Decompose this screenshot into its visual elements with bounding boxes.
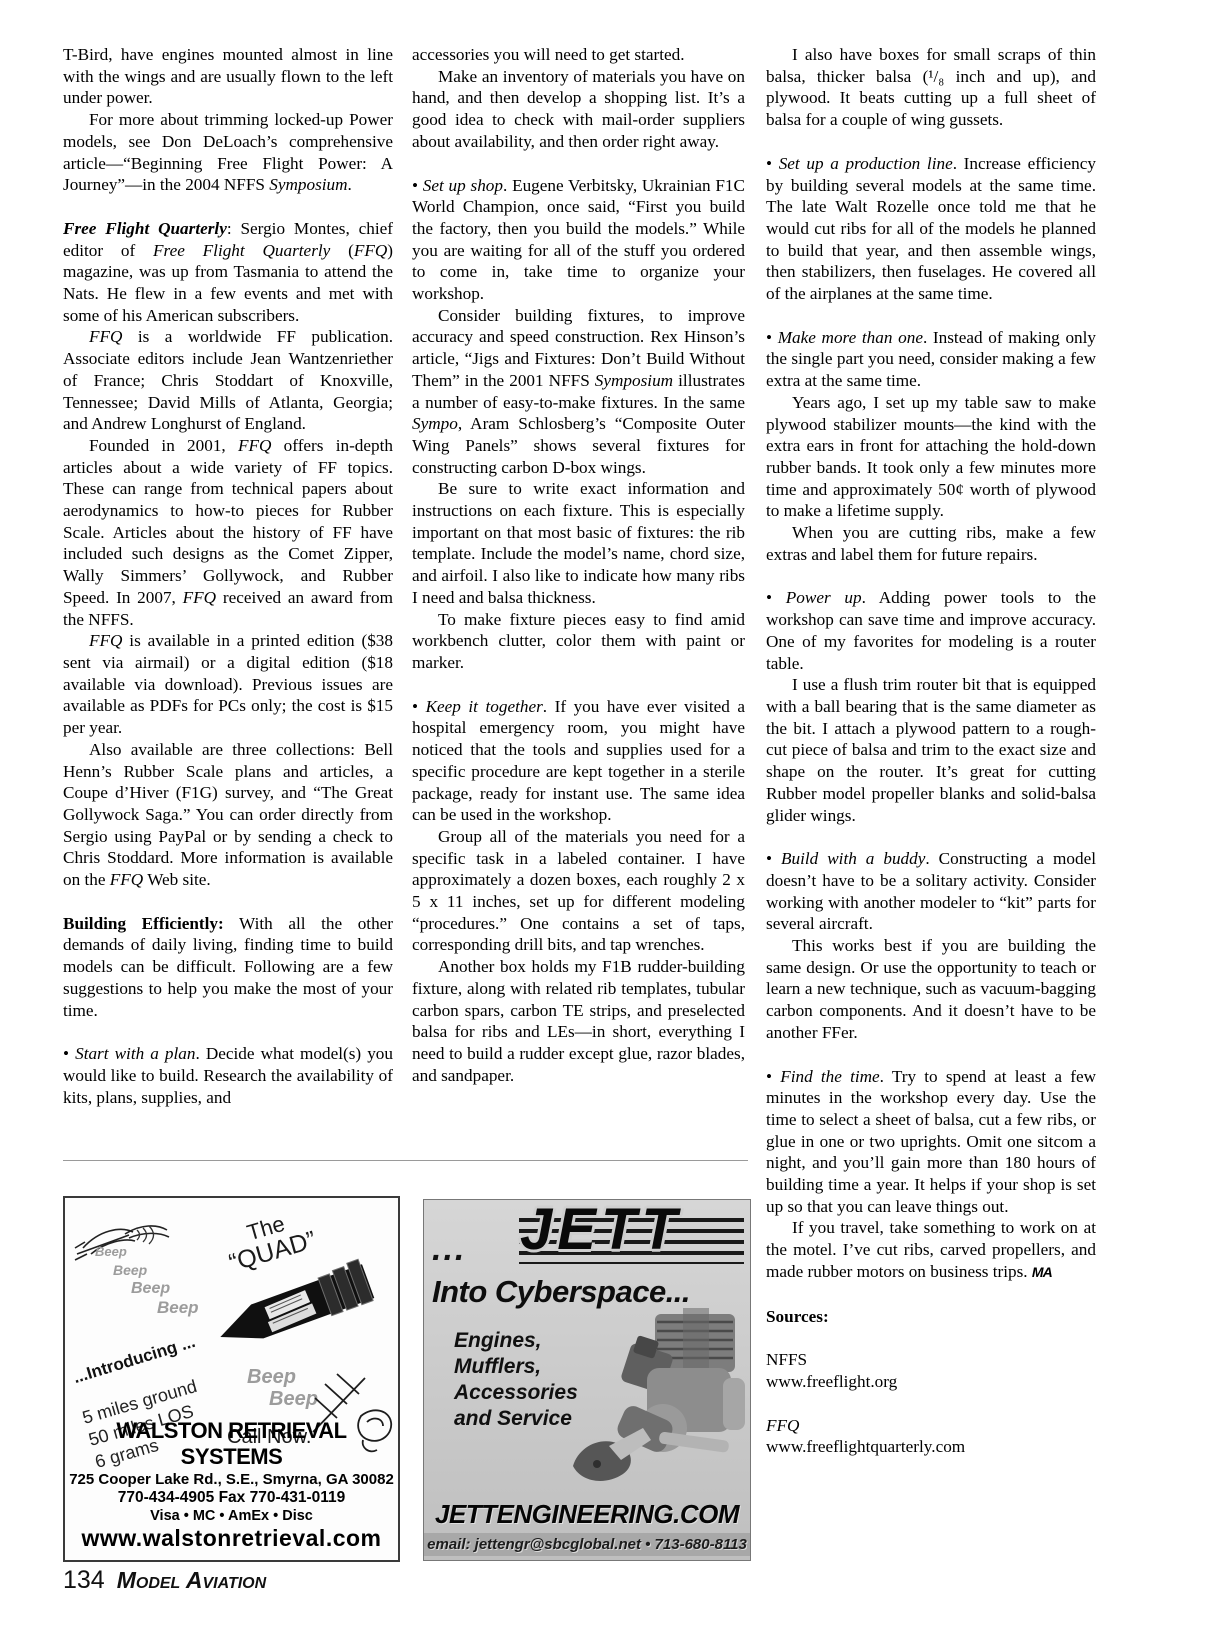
jett-logo-dots: ...	[432, 1230, 466, 1269]
text-run: I use a flush trim router bit that is eq…	[766, 675, 1096, 824]
paragraph: Free Flight Quarterly: Sergio Montes, ch…	[63, 218, 393, 327]
page-footer: 134 Model Aviation	[63, 1566, 266, 1595]
beep-text: Beep	[113, 1262, 147, 1278]
text-run: Another box holds my F1B rudder-building…	[412, 957, 745, 1085]
text-run: FFQ	[766, 1416, 799, 1435]
paragraph-gap	[766, 1284, 1096, 1306]
paragraph: Years ago, I set up my table saw to make…	[766, 392, 1096, 522]
text-run: Free Flight Quarterly	[153, 241, 330, 260]
beep-text: Beep	[247, 1366, 296, 1389]
jett-website-link[interactable]: JETTENGINEERING.COM	[424, 1499, 750, 1530]
paragraph-gap	[412, 153, 745, 175]
article-column-1: T-Bird, have engines mounted almost in l…	[63, 44, 393, 1108]
jett-logo: JETT	[520, 1199, 682, 1263]
text-run: T-Bird, have engines mounted almost in l…	[63, 45, 393, 107]
paragraph: Group all of the materials you need for …	[412, 826, 745, 956]
text-run: Free Flight Quarterly	[63, 219, 227, 238]
text-run: FFQ	[89, 631, 122, 650]
paragraph: Consider building fixtures, to improve a…	[412, 305, 745, 479]
text-run: www.freeflightquarterly.com	[766, 1437, 965, 1456]
beep-text: Beep	[131, 1280, 170, 1298]
walston-website-link[interactable]: www.walstonretrieval.com	[65, 1525, 398, 1552]
magazine-title-logo: Model Aviation	[117, 1567, 266, 1594]
text-run: Sources:	[766, 1307, 829, 1326]
paragraph: • Find the time. Try to spend at least a…	[766, 1066, 1096, 1218]
paragraph-gap	[766, 1044, 1096, 1066]
text-run: Find the time	[780, 1067, 879, 1086]
text-run: Founded in 2001,	[89, 436, 238, 455]
walston-payment-methods: Visa • MC • AmEx • Disc	[65, 1508, 398, 1524]
text-run: Set up a production line	[779, 154, 953, 173]
text-run: , Aram Schlosberg’s “Composite Outer Win…	[412, 414, 745, 476]
text-run: Web site.	[143, 870, 211, 889]
text-run: •	[412, 176, 423, 195]
paragraph-gap	[766, 826, 1096, 848]
text-run: Symposium	[269, 175, 347, 194]
paragraph-gap	[63, 1021, 393, 1043]
paragraph-gap	[766, 131, 1096, 153]
paragraph-gap	[63, 196, 393, 218]
text-run: Symposium	[595, 371, 673, 390]
text-run: .	[348, 175, 352, 194]
paragraph: Founded in 2001, FFQ offers in-depth art…	[63, 435, 393, 630]
text-run: MA	[1032, 1264, 1052, 1280]
magazine-page: T-Bird, have engines mounted almost in l…	[0, 0, 1205, 1632]
text-run: . Try to spend at least a few minutes in…	[766, 1067, 1096, 1216]
text-run: Power up	[786, 588, 862, 607]
ad-separator-rule	[63, 1160, 748, 1161]
paragraph: If you travel, take something to work on…	[766, 1217, 1096, 1283]
text-run: This works best if you are building the …	[766, 936, 1096, 1042]
jett-services-list: Engines, Mufflers, Accessories and Servi…	[454, 1328, 578, 1432]
walston-contact-block: WALSTON RETRIEVAL SYSTEMS 725 Cooper Lak…	[65, 1418, 398, 1552]
text-run: Start with a plan	[75, 1044, 195, 1063]
jett-tagline: Into Cyberspace...	[432, 1274, 690, 1310]
text-run: . Increase efficiency by building severa…	[766, 154, 1096, 303]
text-run: •	[766, 849, 781, 868]
paragraph: www.freeflight.org	[766, 1371, 1096, 1393]
paragraph: • Keep it together. If you have ever vis…	[412, 696, 745, 826]
page-number: 134	[63, 1566, 105, 1595]
text-run: accessories you will need to get started…	[412, 45, 685, 64]
text-run: To make fixture pieces easy to find amid…	[412, 610, 745, 672]
paragraph-gap	[412, 674, 745, 696]
jett-logo-row: ... JETT	[424, 1204, 750, 1276]
text-run: Build with a buddy	[781, 849, 925, 868]
jett-ad: ... JETT Into Cyberspace... Engines, Muf…	[423, 1199, 751, 1561]
text-run: Keep it together	[426, 697, 543, 716]
text-run: FFQ	[238, 436, 271, 455]
paragraph: For more about trimming locked-up Power …	[63, 109, 393, 196]
paragraph: Make an inventory of materials you have …	[412, 66, 745, 153]
paragraph: • Make more than one. Instead of making …	[766, 327, 1096, 392]
text-run: •	[766, 588, 786, 607]
paragraph: • Set up a production line. Increase eff…	[766, 153, 1096, 305]
article-column-3: I also have boxes for small scraps of th…	[766, 44, 1096, 1458]
paragraph: Also available are three collections: Be…	[63, 739, 393, 891]
text-run: Make an inventory of materials you have …	[412, 67, 745, 151]
text-run: Make more than one	[778, 328, 923, 347]
paragraph: FFQ is a worldwide FF publication. Assoc…	[63, 326, 393, 435]
text-run: •	[766, 1067, 780, 1086]
paragraph: To make fixture pieces easy to find amid…	[412, 609, 745, 674]
walston-company-name: WALSTON RETRIEVAL SYSTEMS	[65, 1418, 398, 1470]
paragraph: FFQ	[766, 1415, 1096, 1437]
paragraph: This works best if you are building the …	[766, 935, 1096, 1044]
transmitter-illustration	[193, 1236, 400, 1356]
paragraph: NFFS	[766, 1349, 1096, 1371]
text-run: FFQ	[89, 327, 122, 346]
text-run: FFQ	[183, 588, 216, 607]
paragraph-gap	[766, 1327, 1096, 1349]
text-run: Sympo	[412, 414, 458, 433]
paragraph: Another box holds my F1B rudder-building…	[412, 956, 745, 1086]
text-run: FFQ	[110, 870, 143, 889]
text-run: Set up shop	[423, 176, 503, 195]
text-run: www.freeflight.org	[766, 1372, 897, 1391]
walston-phone: 770-434-4905 Fax 770-431-0119	[65, 1489, 398, 1507]
paragraph-gap	[63, 891, 393, 913]
text-run: (	[330, 241, 354, 260]
beep-text: Beep	[95, 1244, 127, 1259]
paragraph: I use a flush trim router bit that is eq…	[766, 674, 1096, 826]
text-run: Also available are three collections: Be…	[63, 740, 393, 889]
paragraph-gap	[766, 305, 1096, 327]
jett-contact-info: email: jettengr@sbcglobal.net • 713-680-…	[424, 1533, 750, 1556]
text-run: Be sure to write exact information and i…	[412, 479, 745, 607]
paragraph: Be sure to write exact information and i…	[412, 478, 745, 608]
text-run: •	[766, 154, 779, 173]
paragraph: • Set up shop. Eugene Verbitsky, Ukraini…	[412, 175, 745, 305]
walston-ad: Beep Beep Beep Beep The “QUAD” ...Introd…	[63, 1196, 400, 1562]
text-run: I also have boxes for small scraps of th…	[766, 45, 1096, 129]
text-run: •	[63, 1044, 75, 1063]
text-run: Building Efficiently:	[63, 914, 224, 933]
text-run: Group all of the materials you need for …	[412, 827, 745, 955]
paragraph: FFQ is available in a printed edition ($…	[63, 630, 393, 739]
paragraph: accessories you will need to get started…	[412, 44, 745, 66]
text-run: Years ago, I set up my table saw to make…	[766, 393, 1096, 521]
paragraph: Sources:	[766, 1306, 1096, 1328]
walston-address: 725 Cooper Lake Rd., S.E., Smyrna, GA 30…	[65, 1471, 398, 1488]
paragraph: www.freeflightquarterly.com	[766, 1436, 1096, 1458]
paragraph: • Power up. Adding power tools to the wo…	[766, 587, 1096, 674]
paragraph-gap	[766, 1393, 1096, 1415]
paragraph-gap	[766, 565, 1096, 587]
model-engine-photo	[563, 1308, 748, 1493]
paragraph: T-Bird, have engines mounted almost in l…	[63, 44, 393, 109]
text-run: FFQ	[354, 241, 387, 260]
text-run: When you are cutting ribs, make a few ex…	[766, 523, 1096, 564]
paragraph: Building Efficiently: With all the other…	[63, 913, 393, 1022]
text-run: •	[412, 697, 426, 716]
article-column-2: accessories you will need to get started…	[412, 44, 745, 1086]
text-run: •	[766, 328, 778, 347]
paragraph: • Build with a buddy. Constructing a mod…	[766, 848, 1096, 935]
text-run: NFFS	[766, 1350, 807, 1369]
paragraph: I also have boxes for small scraps of th…	[766, 44, 1096, 131]
paragraph: When you are cutting ribs, make a few ex…	[766, 522, 1096, 565]
text-run: offers in-depth articles about a wide va…	[63, 436, 393, 607]
paragraph: • Start with a plan. Decide what model(s…	[63, 1043, 393, 1108]
